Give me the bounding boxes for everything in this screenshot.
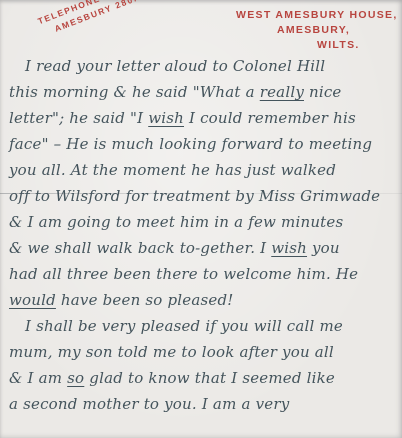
letter-line: face" – He is much looking forward to me… <box>9 131 399 157</box>
underlined-word: wish <box>148 109 184 127</box>
address-line-county: WILTS. <box>317 39 360 51</box>
letter-text: face" – He is much looking forward to me… <box>9 135 372 153</box>
letter-text: this morning & he said "What a <box>9 83 260 101</box>
letter-text: & we shall walk back to-gether. I <box>9 239 271 257</box>
letter-text: nice <box>304 83 342 101</box>
underlined-word: wish <box>271 239 307 257</box>
address-line-town: AMESBURY, <box>277 24 350 36</box>
letter-text: letter"; he said "I <box>9 109 148 127</box>
letter-line: you all. At the moment he has just walke… <box>9 157 399 183</box>
letter-text: off to Wilsford for treatment by Miss Gr… <box>9 187 380 205</box>
letter-text: had all three been there to welcome him.… <box>9 265 358 283</box>
letter-line: had all three been there to welcome him.… <box>9 261 399 287</box>
letter-text: have been so pleased! <box>56 291 234 309</box>
letter-line: I read your letter aloud to Colonel Hill <box>9 53 399 79</box>
underlined-word: really <box>260 83 304 101</box>
letter-line: & I am going to meet him in a few minute… <box>9 209 399 235</box>
underlined-word: would <box>9 291 56 309</box>
letter-text: & I am going to meet him in a few minute… <box>9 213 343 231</box>
letter-body: I read your letter aloud to Colonel Hill… <box>9 53 399 417</box>
letter-text: I read your letter aloud to Colonel Hill <box>25 57 325 75</box>
letter-line: letter"; he said "I wish I could remembe… <box>9 105 399 131</box>
letter-paper: TELEPHONE AMESBURY 280. WEST AMESBURY HO… <box>0 0 402 438</box>
letter-line: off to Wilsford for treatment by Miss Gr… <box>9 183 399 209</box>
letter-text: you <box>307 239 340 257</box>
letter-text: glad to know that I seemed like <box>84 369 335 387</box>
letter-line: & we shall walk back to-gether. I wish y… <box>9 235 399 261</box>
letter-text: I shall be very pleased if you will call… <box>25 317 343 335</box>
letter-line: would have been so pleased! <box>9 287 399 313</box>
letter-line: & I am so glad to know that I seemed lik… <box>9 365 399 391</box>
letter-line: this morning & he said "What a really ni… <box>9 79 399 105</box>
letter-text: I could remember his <box>184 109 356 127</box>
letter-text: & I am <box>9 369 67 387</box>
letter-text: a second mother to you. I am a very <box>9 395 289 413</box>
letter-text: mum, my son told me to look after you al… <box>9 343 334 361</box>
letter-line: mum, my son told me to look after you al… <box>9 339 399 365</box>
address-line-house: WEST AMESBURY HOUSE, <box>236 9 398 21</box>
letterhead-telephone: TELEPHONE AMESBURY 280. <box>36 0 140 40</box>
letter-line: a second mother to you. I am a very <box>9 391 399 417</box>
letter-text: you all. At the moment he has just walke… <box>9 161 336 179</box>
underlined-word: so <box>67 369 84 387</box>
letter-line: I shall be very pleased if you will call… <box>9 313 399 339</box>
